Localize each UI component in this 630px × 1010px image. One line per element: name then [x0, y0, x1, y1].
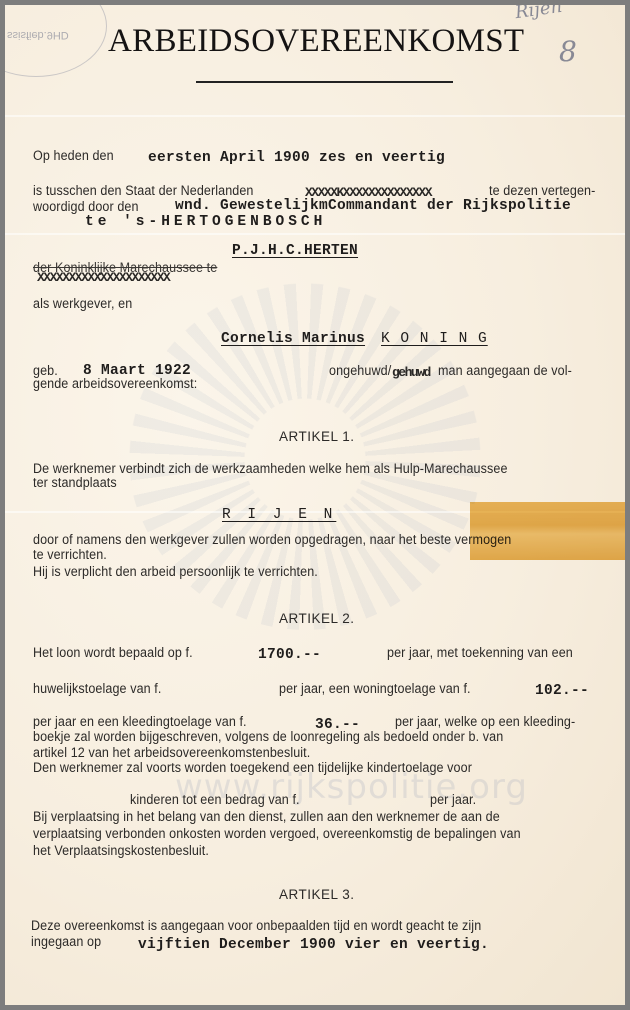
- fold-line: [5, 233, 625, 235]
- children-allowance-post: per jaar.: [430, 792, 476, 807]
- marital-struck: gehuwd: [392, 365, 430, 380]
- article-2-line: het Verplaatsingskostenbesluit.: [33, 843, 209, 858]
- representative-name: P.J.H.C.HERTEN: [232, 243, 358, 259]
- salary-post: per jaar, met toekenning van een: [387, 645, 573, 660]
- stamp-text: ssisfieb.9HD: [7, 29, 69, 41]
- tape-strip: [470, 502, 625, 560]
- article-1-line: te verrichten.: [33, 547, 107, 562]
- title-rule: [196, 81, 453, 83]
- start-label: ingegaan op: [31, 934, 101, 949]
- article-2-line: artikel 12 van het arbeidsovereenkomsten…: [33, 745, 310, 760]
- housing-allowance-label: per jaar, een woningtoelage van f.: [279, 681, 471, 696]
- location: te 's-HERTOGENBOSCH: [85, 214, 326, 230]
- stamp-mark: [5, 5, 107, 77]
- housing-allowance-value: 102.--: [535, 683, 589, 699]
- handwritten-note: Rijen: [514, 5, 564, 23]
- marital-post: man aangegaan de vol-: [438, 363, 572, 378]
- article-2-line: boekje zal worden bijgeschreven, volgens…: [33, 729, 503, 744]
- article-1-line: door of namens den werkgever zullen word…: [33, 532, 511, 547]
- article-1-heading: ARTIKEL 1.: [279, 429, 355, 444]
- children-allowance-label: kinderen tot een bedrag van f.: [130, 792, 300, 807]
- struck-out-typed: XXXXXXXXXXXXXXXXXXXXX: [37, 270, 169, 285]
- clothing-allowance-label: per jaar en een kleedingtoelage van f.: [33, 714, 247, 729]
- article-2-line: Bij verplaatsing in het belang van den d…: [33, 809, 500, 824]
- marriage-allowance-label: huwelijkstoelage van f.: [33, 681, 161, 696]
- contract-date: eersten April 1900 zes en veertig: [148, 150, 445, 166]
- intro-line2-post: te dezen vertegen-: [489, 183, 595, 198]
- article-2-heading: ARTIKEL 2.: [279, 611, 355, 626]
- salary-value: 1700.--: [258, 647, 321, 663]
- representative: wnd. GewestelijkmCommandant der Rijkspol…: [175, 198, 571, 214]
- start-date: vijftien December 1900 vier en veertig.: [138, 937, 489, 953]
- employee-first-names: Cornelis Marinus: [221, 331, 365, 347]
- document-title: ARBEIDSOVEREENKOMST: [108, 23, 524, 60]
- clothing-post: per jaar, welke op een kleeding-: [395, 714, 575, 729]
- article-1-line: ter standplaats: [33, 475, 117, 490]
- marital-pre: ongehuwd/: [329, 363, 391, 378]
- salary-label: Het loon wordt bepaald op f.: [33, 645, 193, 660]
- fold-line: [5, 115, 625, 117]
- article-2-line: verplaatsing verbonden onkosten worden v…: [33, 826, 521, 841]
- article-1-line: Hij is verplicht den arbeid persoonlijk …: [33, 564, 318, 579]
- handwritten-number: 8: [559, 35, 577, 68]
- article-3-line: Deze overeenkomst is aangegaan voor onbe…: [31, 918, 481, 933]
- article-1-line: De werknemer verbindt zich de werkzaamhe…: [33, 461, 508, 476]
- intro-line2-pre: is tusschen den Staat der Nederlanden: [33, 183, 254, 198]
- as-employer: als werkgever, en: [33, 296, 132, 311]
- intro-line-end: gende arbeidsovereenkomst:: [33, 376, 197, 391]
- intro-line3-pre: woordigd door den: [33, 199, 139, 214]
- article-3-heading: ARTIKEL 3.: [279, 887, 355, 902]
- employee-surname: K O N I N G: [381, 331, 488, 347]
- contract-page: ssisfieb.9HD Rijen 8 ARBEIDSOVEREENKOMST…: [5, 5, 625, 1005]
- intro-label: Op heden den: [33, 148, 114, 163]
- standplaats: R I J E N: [222, 507, 336, 523]
